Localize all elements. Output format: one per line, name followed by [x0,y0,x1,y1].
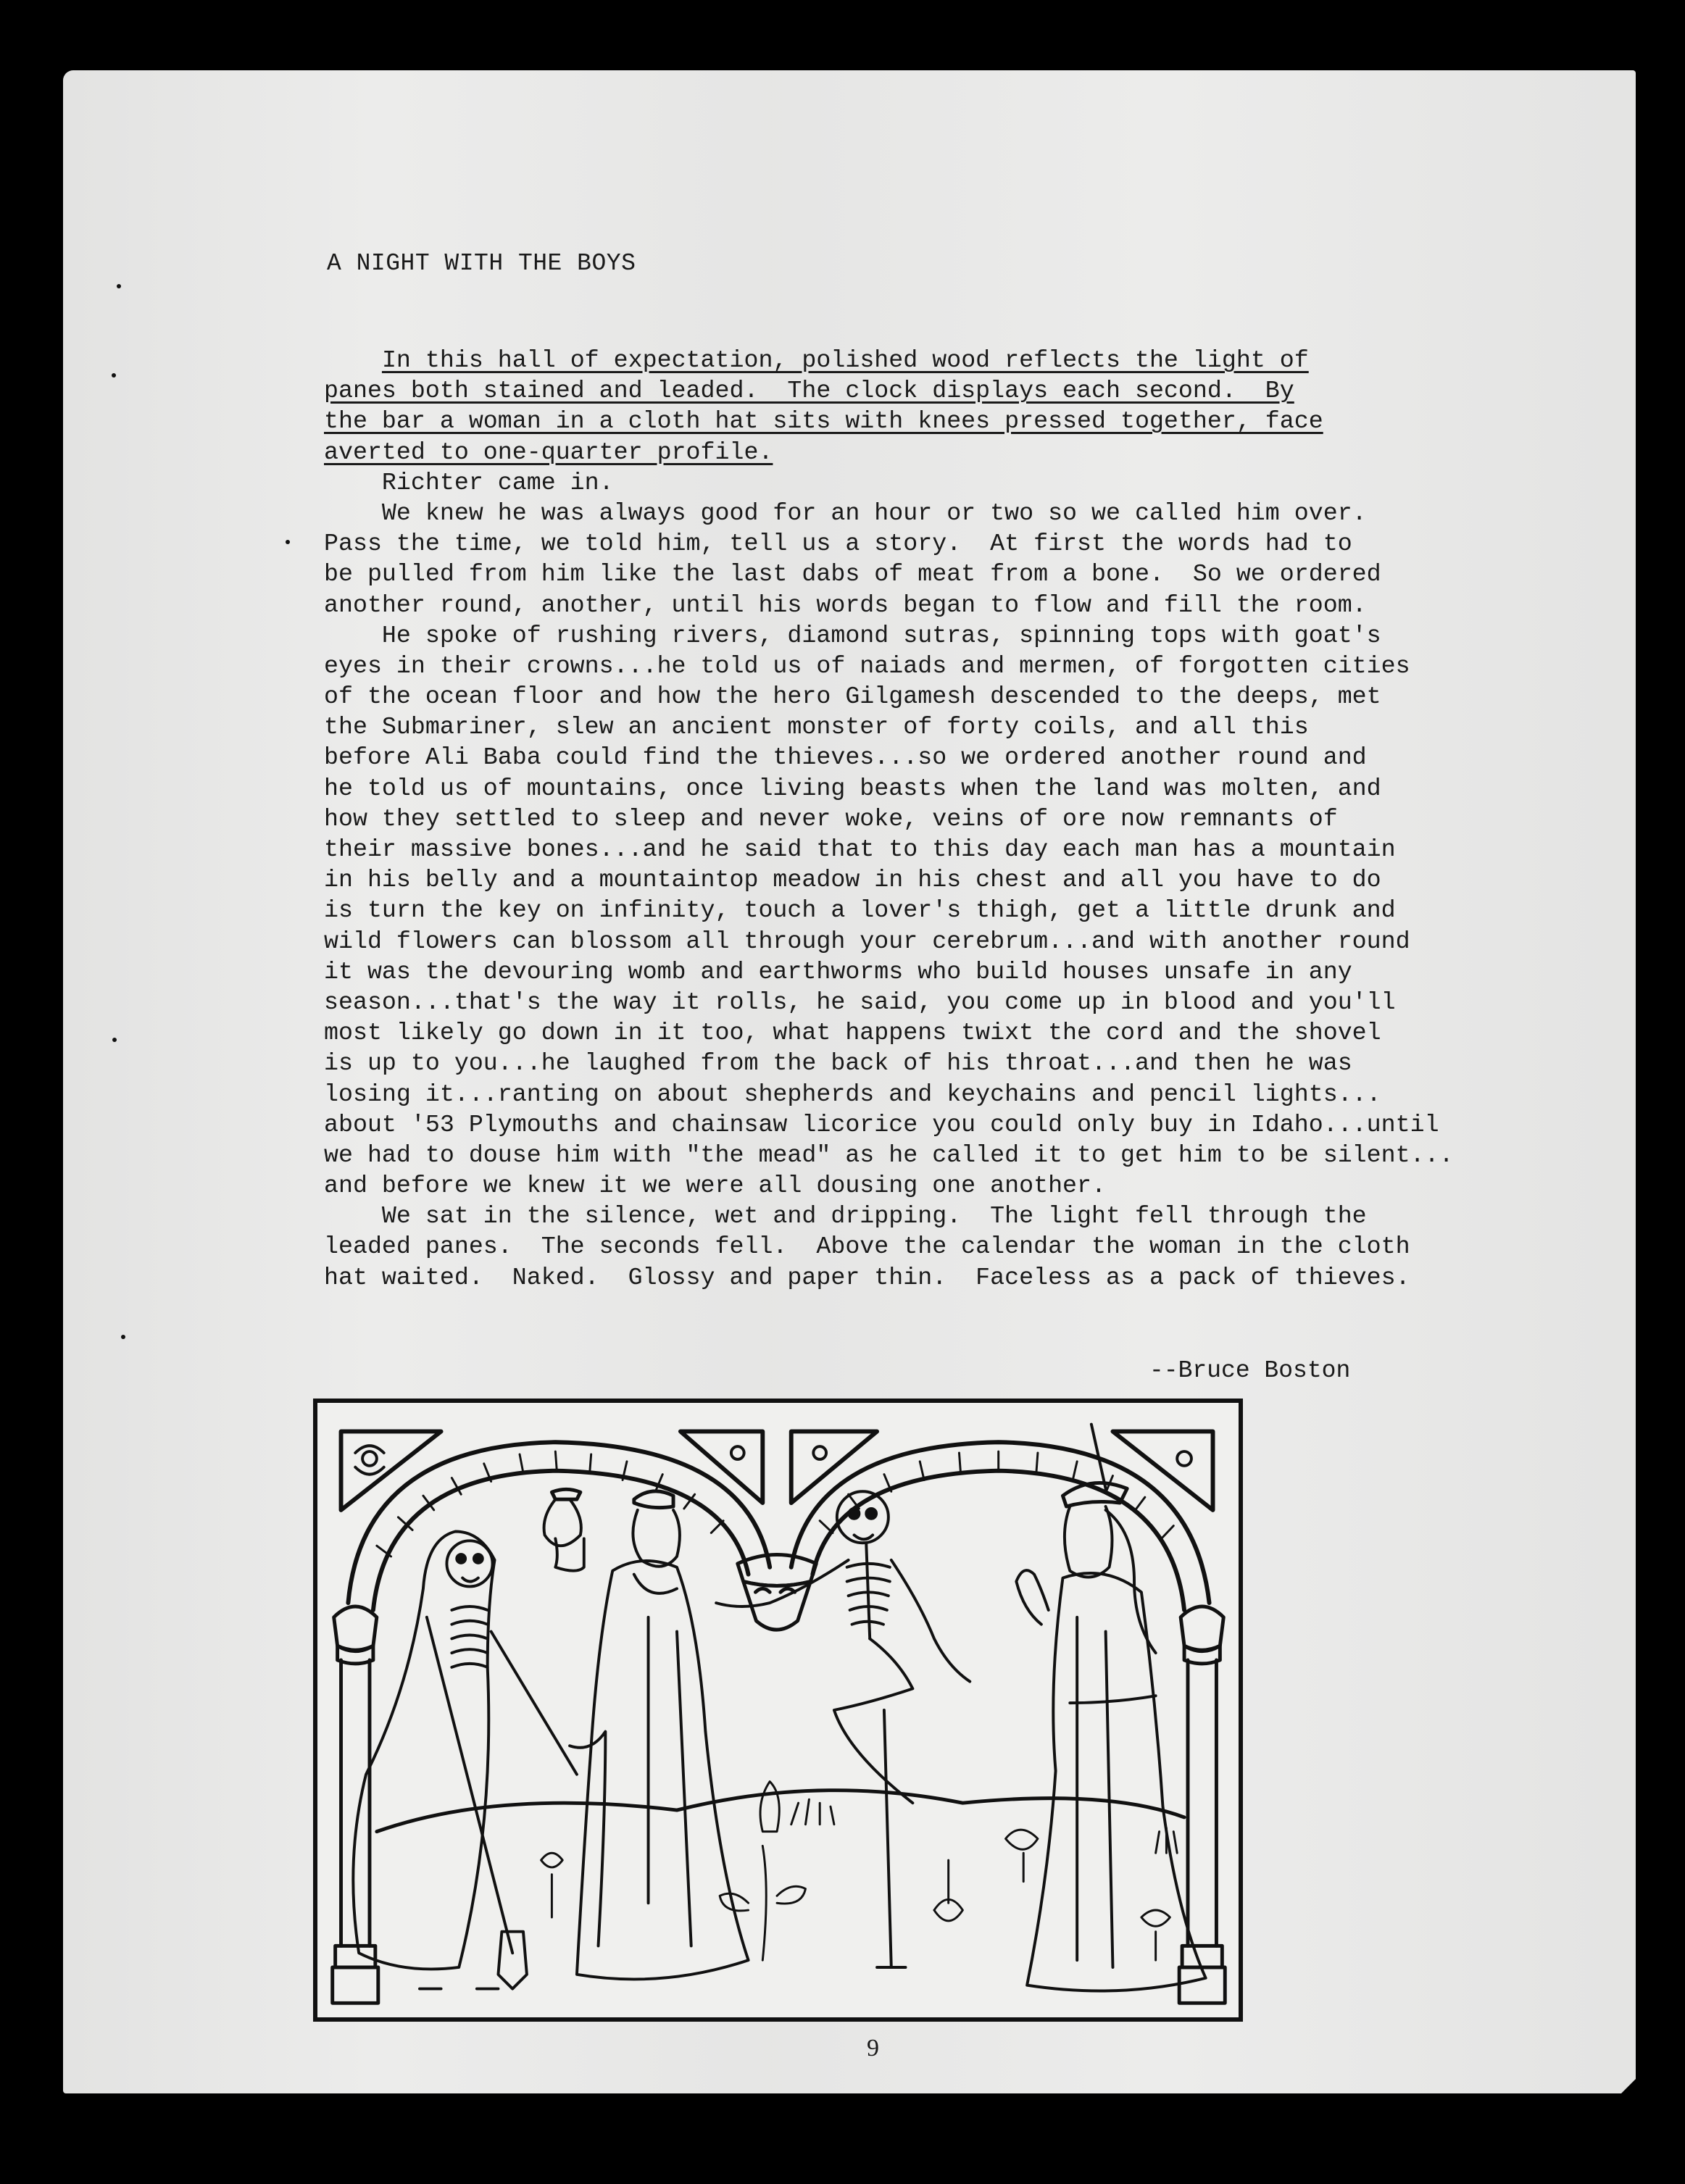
author-byline: --Bruce Boston [1149,1357,1350,1384]
ground-icon [377,1791,1184,1832]
text-line: be pulled from him like the last dabs of… [324,559,1527,589]
physician-icon [544,1489,749,1979]
page-number: 9 [867,2035,879,2062]
margin-speck [112,373,116,378]
text-line: averted to one-quarter profile. [324,437,1527,467]
text-line: Pass the time, we told him, tell us a st… [324,528,1527,559]
spandrel-ornament-icon [341,1431,1213,1509]
shrouded-skeleton-icon [353,1531,577,1988]
text-line: panes both stained and leaded. The clock… [324,375,1527,406]
text-line: in his belly and a mountaintop meadow in… [324,864,1527,895]
text-line: wild flowers can blossom all through you… [324,926,1527,956]
text-line: is up to you...he laughed from the back … [324,1048,1527,1078]
underlined-text: panes both stained and leaded. The clock… [324,377,1294,404]
text-line: of the ocean floor and how the hero Gilg… [324,681,1527,712]
text-line: about '53 Plymouths and chainsaw licoric… [324,1109,1527,1140]
text-line: We sat in the silence, wet and dripping.… [324,1201,1527,1231]
text-line: Richter came in. [324,467,1527,498]
margin-speck [286,540,290,544]
text-line: eyes in their crowns...he told us of nai… [324,651,1527,681]
text-line: he told us of mountains, once living bea… [324,773,1527,804]
text-line: losing it...ranting on about shepherds a… [324,1079,1527,1109]
text-line: most likely go down in it too, what happ… [324,1017,1527,1048]
text-line: it was the devouring womb and earthworms… [324,956,1527,987]
underlined-text: In this hall of expectation, polished wo… [382,346,1309,374]
underlined-text: averted to one-quarter profile. [324,438,773,466]
margin-speck [117,284,121,288]
woodcut-illustration [313,1399,1243,2022]
flower-icon [541,1782,1178,1961]
text-line: leaded panes. The seconds fell. Above th… [324,1231,1527,1262]
text-line: and before we knew it we were all dousin… [324,1170,1527,1201]
text-line: hat waited. Naked. Glossy and paper thin… [324,1262,1527,1293]
nobleman-icon [1016,1425,1205,1991]
article-title: A NIGHT WITH THE BOYS [327,250,636,277]
text-line: is turn the key on infinity, touch a lov… [324,895,1527,925]
text-line: We knew he was always good for an hour o… [324,498,1527,528]
text-line: In this hall of expectation, polished wo… [324,345,1527,375]
dancing-skeleton-icon [716,1491,970,1967]
corbel-icon [738,1555,816,1630]
text-line: the Submariner, slew an ancient monster … [324,712,1527,742]
underlined-text: the bar a woman in a cloth hat sits with… [324,407,1323,435]
margin-speck [121,1335,125,1339]
margin-speck [112,1038,117,1042]
text-line: we had to douse him with "the mead" as h… [324,1140,1527,1170]
article-body: In this hall of expectation, polished wo… [324,345,1527,1293]
text-line: their massive bones...and he said that t… [324,834,1527,864]
text-line: the bar a woman in a cloth hat sits with… [324,406,1527,436]
text-line: season...that's the way it rolls, he sai… [324,987,1527,1017]
text-line: another round, another, until his words … [324,590,1527,620]
text-line: He spoke of rushing rivers, diamond sutr… [324,620,1527,651]
text-line: before Ali Baba could find the thieves..… [324,742,1527,772]
text-line: how they settled to sleep and never woke… [324,804,1527,834]
